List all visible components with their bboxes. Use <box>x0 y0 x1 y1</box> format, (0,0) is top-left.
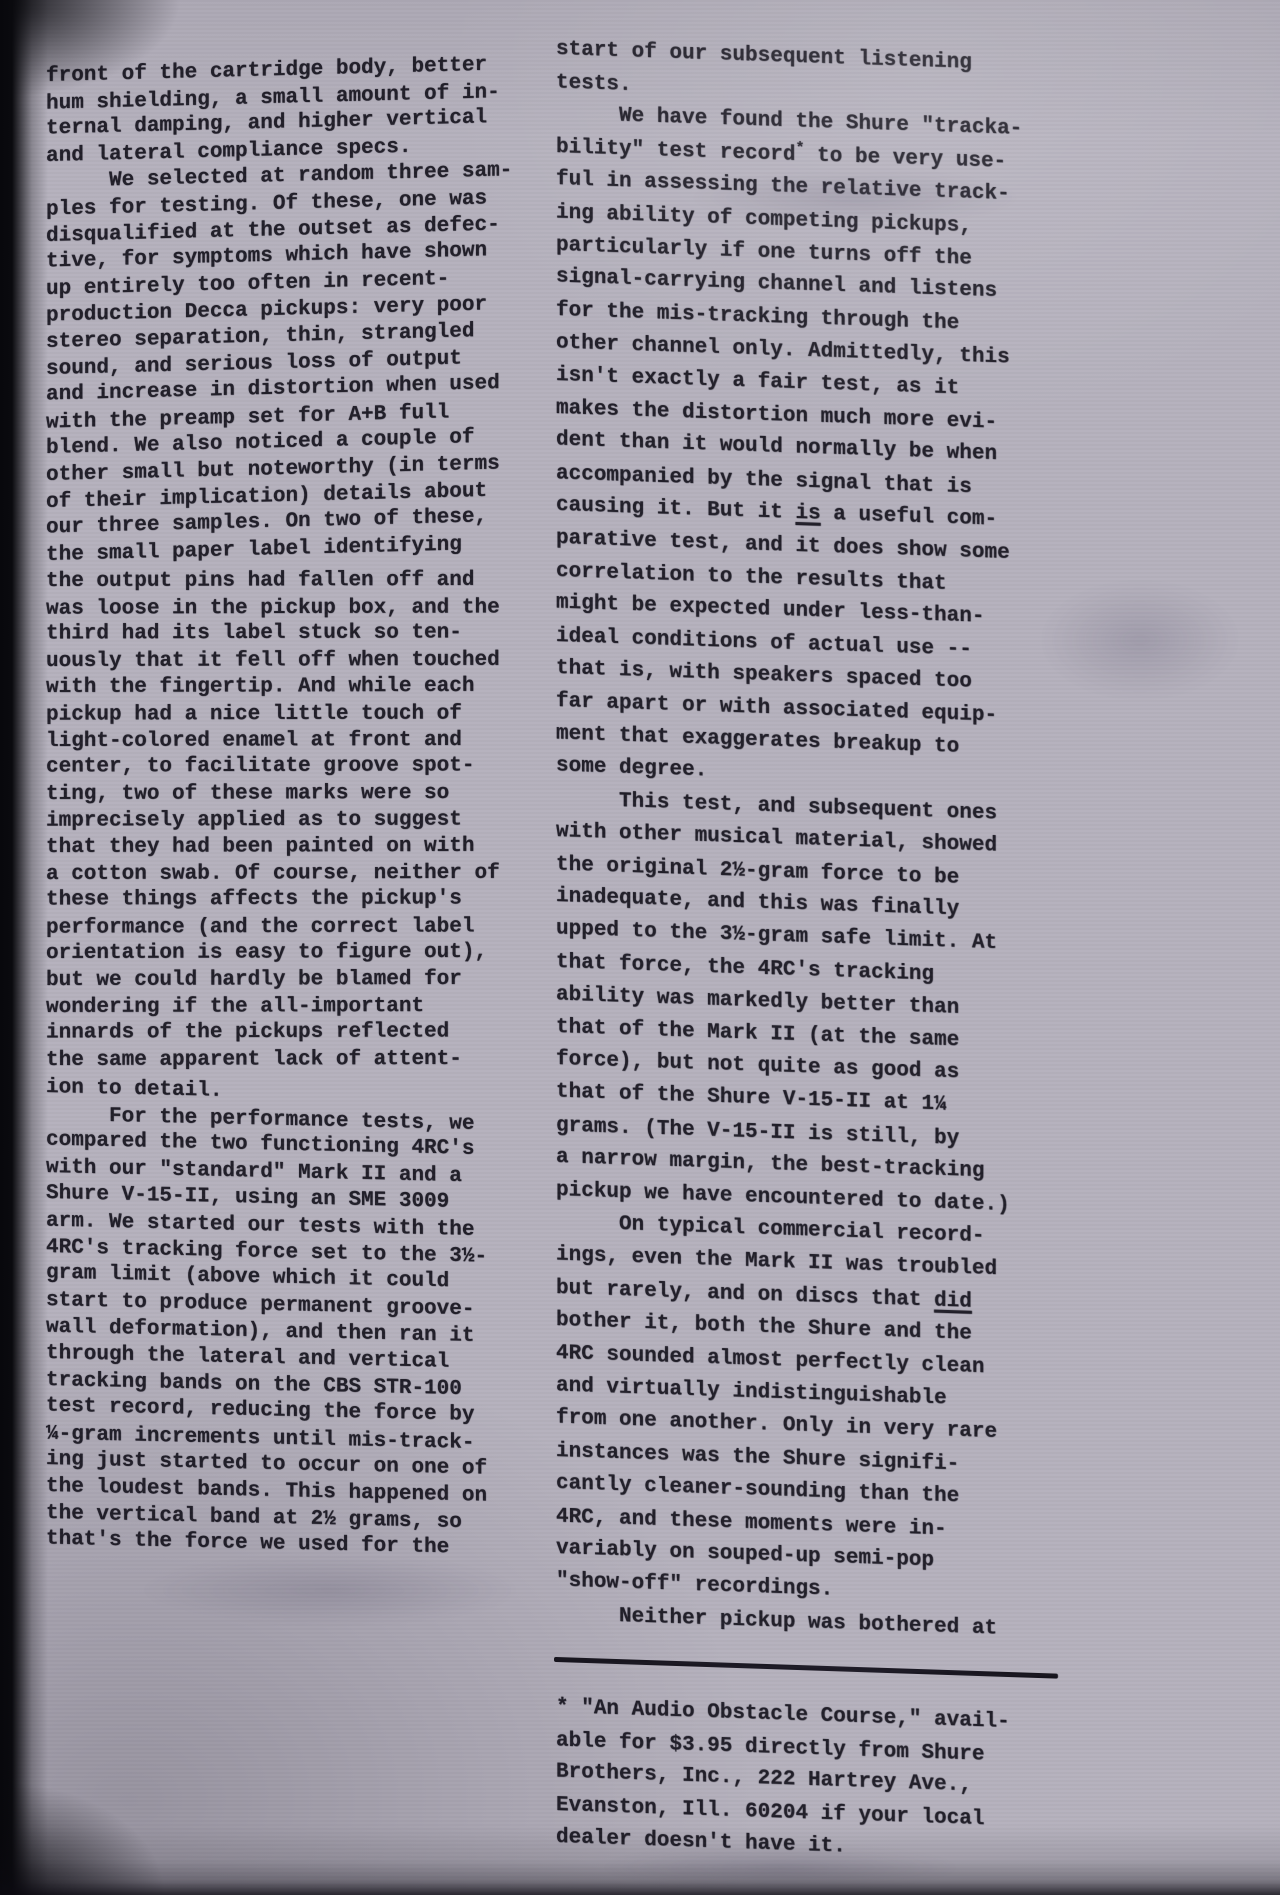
text-line: that they had been painted on with <box>46 834 508 862</box>
text-line: imprecisely applied as to suggest <box>46 808 508 836</box>
text-line: ting, two of these marks were so <box>46 781 508 809</box>
text-line: the same apparent lack of attent- <box>46 1047 508 1075</box>
text-line: these things affects the pickup's <box>46 887 508 915</box>
text-line: pickup had a nice little touch of <box>46 702 508 730</box>
text-line: with the fingertip. And while each <box>46 674 508 702</box>
bleed-through-smudge <box>1040 580 1240 700</box>
text-line: was loose in the pickup box, and the <box>46 595 508 623</box>
footnote-divider-rule <box>554 1657 1058 1679</box>
left-column-block-middle: the output pins had fallen off andwas lo… <box>46 568 508 1074</box>
text-line: wondering if the all-important <box>46 994 508 1022</box>
text-line: a cotton swab. Of course, neither of <box>46 861 508 889</box>
left-column-block-bottom: ion to detail. For the performance tests… <box>46 1075 508 1564</box>
right-column-body: start of our subsequent listeningtests. … <box>556 34 1026 1647</box>
bleed-through-smudge <box>140 1555 520 1625</box>
text-line: but we could hardly be blamed for <box>46 967 508 995</box>
footnote-asterisk-marker: * <box>795 139 804 157</box>
text-line: orientation is easy to figure out), <box>46 940 508 968</box>
text-line: innards of the pickups reflected <box>46 1020 508 1048</box>
text-line: light-colored enamel at front and <box>46 728 508 756</box>
right-column: start of our subsequent listeningtests. … <box>556 34 1026 1871</box>
left-column: front of the cartridge body, betterhum s… <box>46 64 508 1553</box>
text-line: the output pins had fallen off and <box>46 568 508 596</box>
text-line: third had its label stuck so ten- <box>46 621 508 649</box>
footnote-text: * "An Audio Obstacle Course," avail-able… <box>556 1692 1026 1871</box>
scanned-page: front of the cartridge body, betterhum s… <box>0 0 1280 1895</box>
underlined-word: is <box>795 502 820 526</box>
underlined-word: did <box>934 1289 972 1313</box>
text-line: center, to facilitate groove spot- <box>46 754 508 782</box>
left-column-block-top: front of the cartridge body, betterhum s… <box>46 52 508 569</box>
text-line: uously that it fell off when touched <box>46 648 508 676</box>
text-line: performance (and the correct label <box>46 914 508 942</box>
